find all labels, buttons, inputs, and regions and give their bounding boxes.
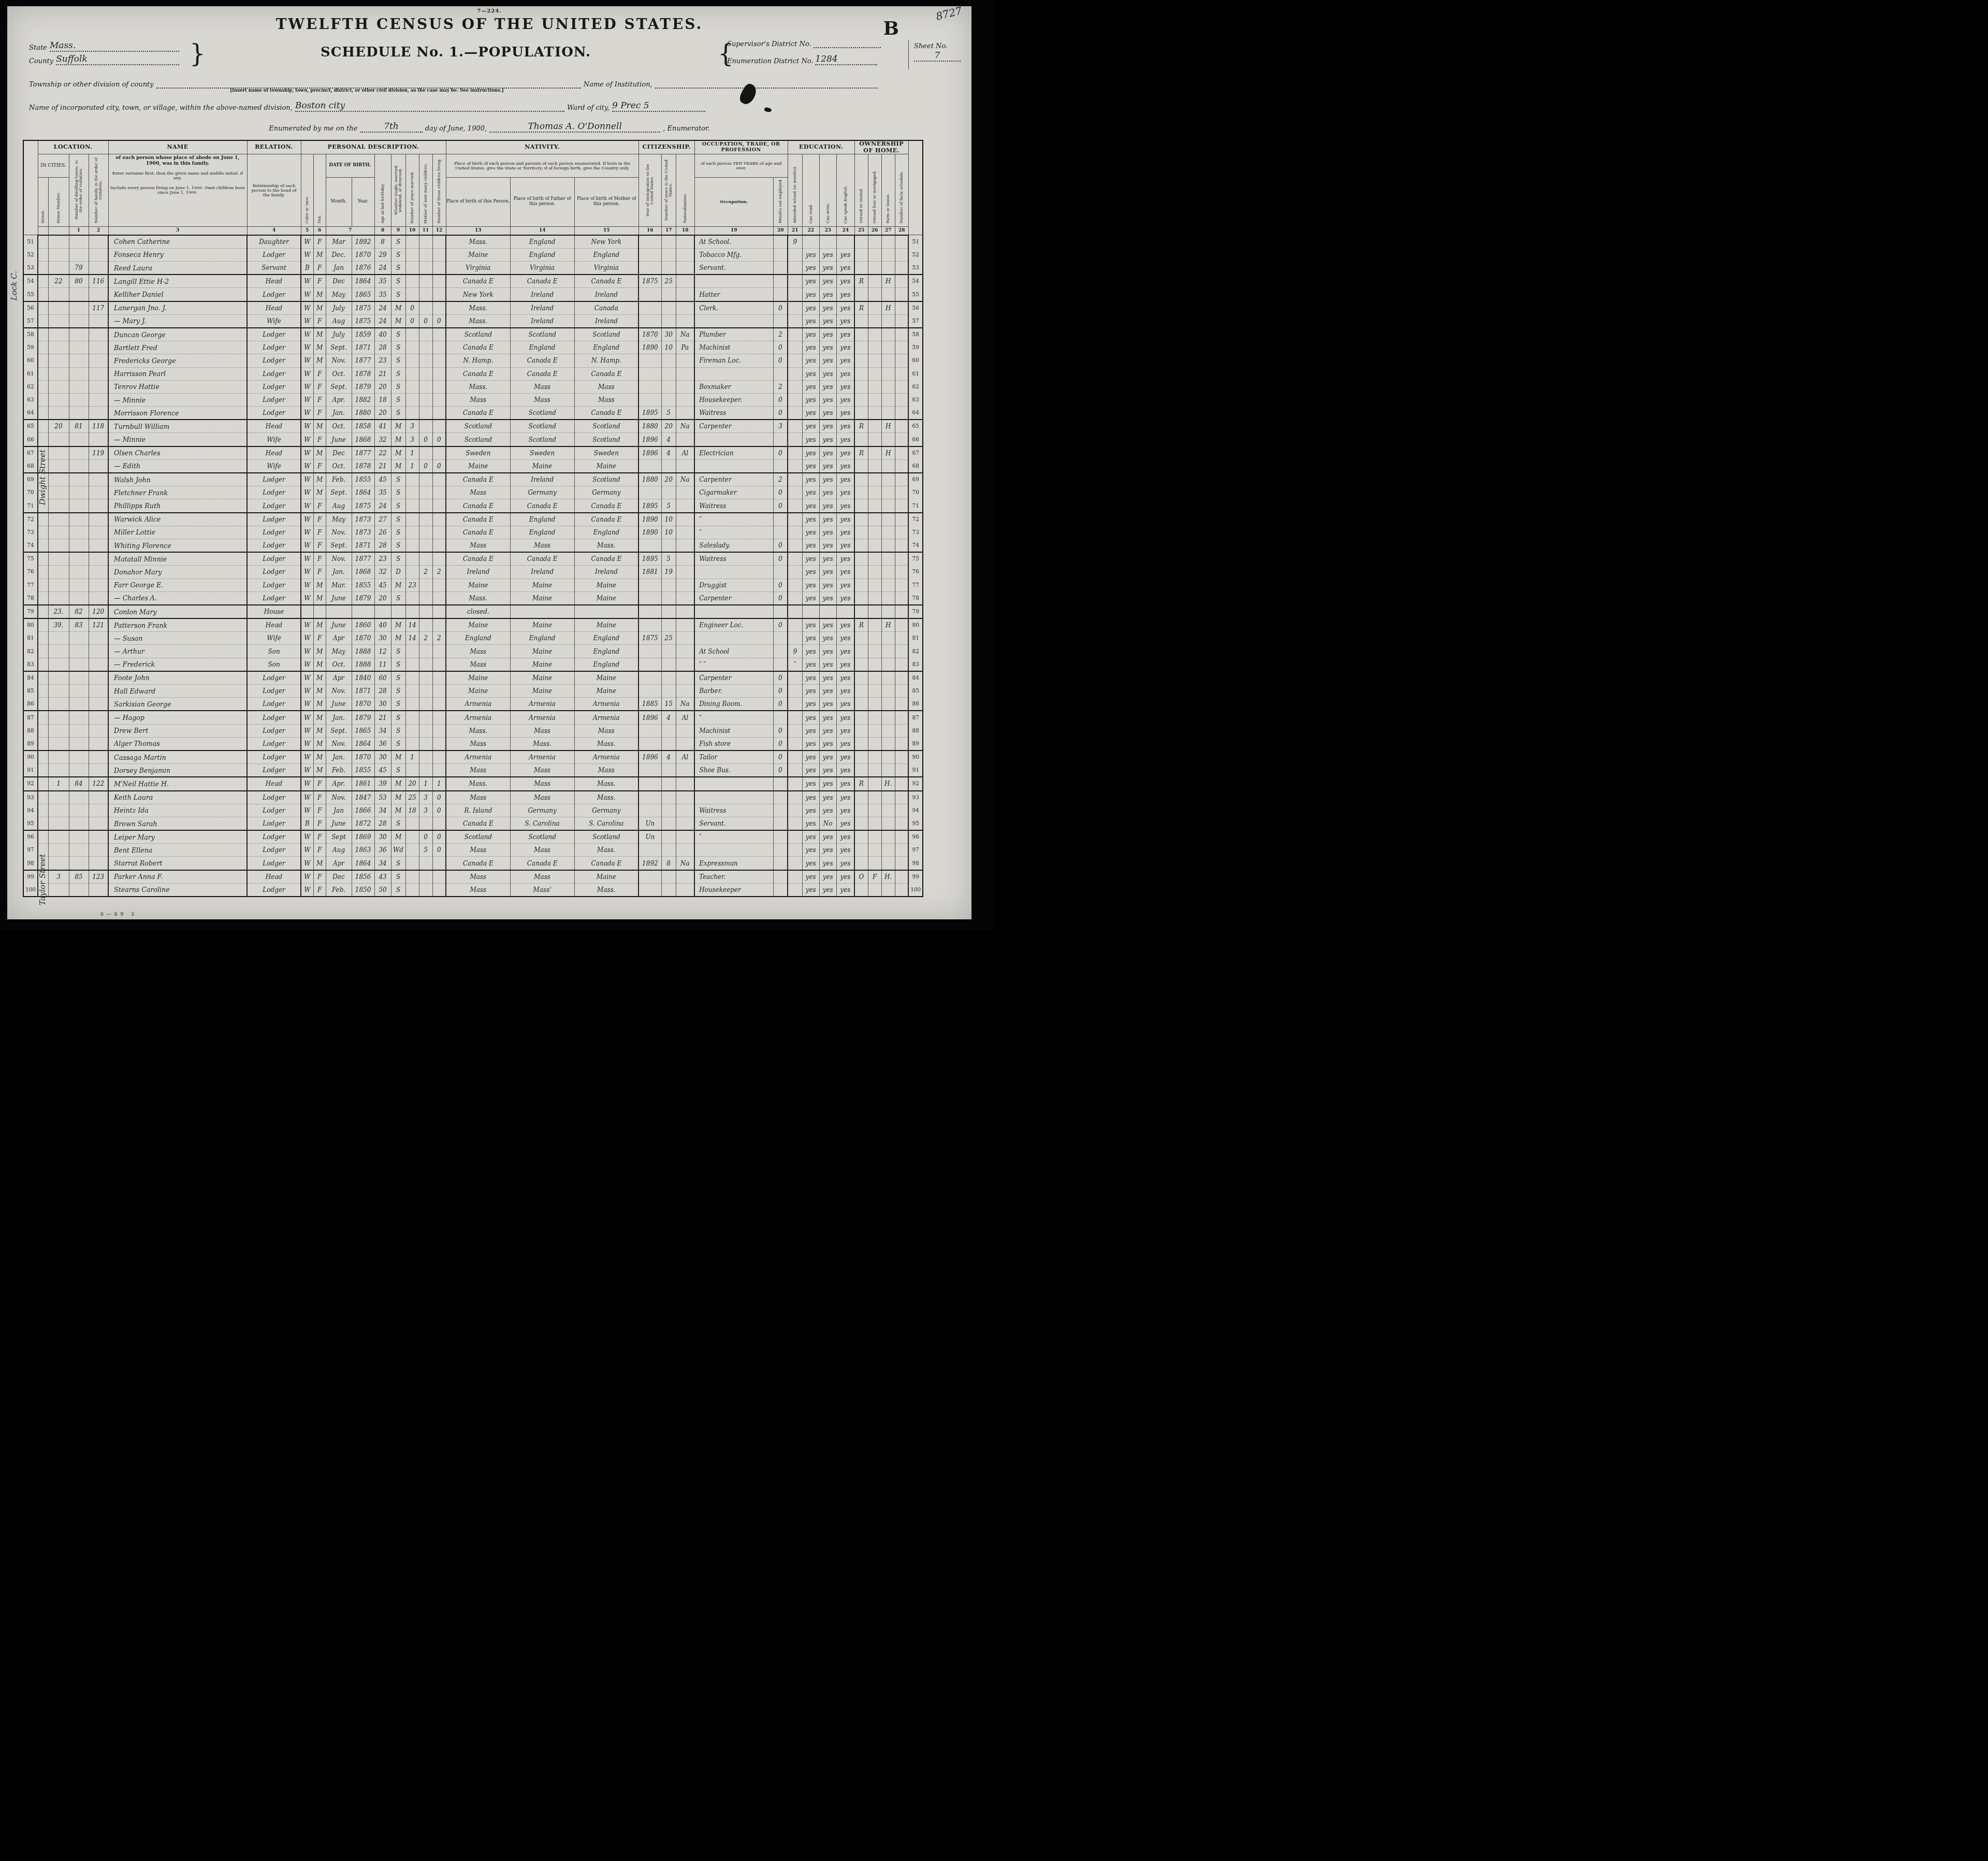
occupation xyxy=(694,777,773,790)
color-race: B xyxy=(301,262,313,275)
row-number-right: 59 xyxy=(908,341,923,354)
street xyxy=(38,275,48,288)
farm-or-house: H xyxy=(881,420,895,433)
years-married xyxy=(405,354,419,367)
mother-of-children xyxy=(419,764,432,777)
dwelling-number xyxy=(69,566,89,579)
can-write: yes xyxy=(819,288,836,301)
dwelling-number xyxy=(69,830,89,844)
row-number-left: 84 xyxy=(23,671,38,685)
years-in-us: 5 xyxy=(661,407,676,420)
person-name: Dorsey Benjamin xyxy=(108,764,247,777)
occupation: ″ xyxy=(694,513,773,526)
can-speak-english: yes xyxy=(836,262,854,275)
color-race: W xyxy=(301,288,313,301)
owned-free-mortgaged xyxy=(868,658,881,671)
can-speak-english: yes xyxy=(836,724,854,737)
owned-rented xyxy=(854,844,868,857)
owned-free-mortgaged xyxy=(868,420,881,433)
dwelling-number xyxy=(69,314,89,328)
table-row: 75Matatall MinnieLodgerWFNov.187723SCana… xyxy=(23,552,923,566)
years-in-us xyxy=(661,844,676,857)
age: 21 xyxy=(374,711,391,724)
table-row: 52Fonseca HenryLodgerWMDec.187029SMaineE… xyxy=(23,248,923,261)
occupation: Engineer Loc. xyxy=(694,618,773,632)
sheet-label: Sheet No. xyxy=(914,42,948,50)
color-race: W xyxy=(301,711,313,724)
can-speak-english: yes xyxy=(836,764,854,777)
birthplace-person: N. Hamp. xyxy=(446,354,510,367)
attended-school: 9 xyxy=(788,235,802,249)
years-in-us: 10 xyxy=(661,513,676,526)
owned-free-mortgaged xyxy=(868,367,881,380)
birthplace-father: Maine xyxy=(510,592,574,605)
dwelling-number: 79 xyxy=(69,262,89,275)
can-speak-english: yes xyxy=(836,420,854,433)
immigration-year xyxy=(639,380,661,393)
age: 43 xyxy=(374,870,391,884)
birthplace-father: Mass xyxy=(510,791,574,804)
owned-free-mortgaged xyxy=(868,499,881,513)
birthplace-father: Germany xyxy=(510,486,574,499)
owned-free-mortgaged xyxy=(868,407,881,420)
row-number-right: 88 xyxy=(908,724,923,737)
months-not-employed: 0 xyxy=(773,539,788,552)
immigration-year xyxy=(639,605,661,618)
birth-month: May xyxy=(326,645,352,658)
color-race: W xyxy=(301,698,313,711)
naturalization xyxy=(676,433,694,446)
street xyxy=(38,685,48,698)
birthplace-person: Maine xyxy=(446,459,510,473)
row-number-left: 63 xyxy=(23,393,38,406)
street xyxy=(38,526,48,539)
birthplace-father: Mass xyxy=(510,393,574,406)
farm-or-house xyxy=(881,671,895,685)
immigration-year: Un xyxy=(639,817,661,830)
column-number: 1 xyxy=(69,226,89,235)
owned-rented: R xyxy=(854,777,868,790)
farm-or-house xyxy=(881,751,895,764)
farm-schedule-number xyxy=(895,459,908,473)
birthplace-mother: Canada xyxy=(574,301,639,315)
group-occupation: OCCUPATION, TRADE, OR PROFESSION xyxy=(694,140,788,154)
attended-school xyxy=(788,288,802,301)
can-read: yes xyxy=(802,407,819,420)
birthplace-mother: Ireland xyxy=(574,566,639,579)
farm-schedule-number xyxy=(895,446,908,460)
mother-of-children: 0 xyxy=(419,459,432,473)
relation: Lodger xyxy=(247,711,301,724)
column-number xyxy=(38,226,48,235)
dwelling-number xyxy=(69,645,89,658)
color-race: W xyxy=(301,870,313,884)
birthplace-mother: Canada E xyxy=(574,552,639,566)
birthplace-person: Canada E xyxy=(446,275,510,288)
mother-of-children: 2 xyxy=(419,632,432,645)
sex: M xyxy=(313,764,326,777)
table-row: 7923.82120Conlon MaryHouseclosed.79 xyxy=(23,605,923,618)
months-not-employed: 0 xyxy=(773,724,788,737)
can-read: yes xyxy=(802,552,819,566)
age: 18 xyxy=(374,393,391,406)
occupation xyxy=(694,844,773,857)
row-number-left: 69 xyxy=(23,473,38,486)
dwelling-number xyxy=(69,473,89,486)
table-row: 58Duncan GeorgeLodgerWMJuly185940SScotla… xyxy=(23,328,923,341)
color-race: W xyxy=(301,499,313,513)
farm-schedule-number xyxy=(895,566,908,579)
immigration-year xyxy=(639,367,661,380)
occupation xyxy=(694,459,773,473)
birth-year: 1875 xyxy=(352,301,374,315)
person-name: Alger Thomas xyxy=(108,737,247,751)
farm-schedule-number xyxy=(895,420,908,433)
row-number-left: 99 xyxy=(23,870,38,884)
age: 45 xyxy=(374,764,391,777)
years-in-us xyxy=(661,605,676,618)
mother-of-children xyxy=(419,328,432,341)
farm-or-house xyxy=(881,883,895,897)
attended-school xyxy=(788,539,802,552)
birth-month: Nov. xyxy=(326,354,352,367)
mother-of-children xyxy=(419,354,432,367)
col-mother-of: Mother of how many children. xyxy=(419,154,432,226)
sex: F xyxy=(313,539,326,552)
house-number xyxy=(48,433,69,446)
birthplace-person: Scotland xyxy=(446,420,510,433)
years-married: 25 xyxy=(405,791,419,804)
farm-or-house xyxy=(881,711,895,724)
children-living xyxy=(432,248,446,261)
row-number-left: 90 xyxy=(23,751,38,764)
children-living xyxy=(432,393,446,406)
can-write: yes xyxy=(819,486,836,499)
naturalization xyxy=(676,844,694,857)
relation: Lodger xyxy=(247,380,301,393)
col-owned-free-mortgaged: Owned free or mortgaged. xyxy=(868,154,881,226)
street xyxy=(38,288,48,301)
farm-schedule-number xyxy=(895,671,908,685)
owned-rented xyxy=(854,367,868,380)
children-living xyxy=(432,407,446,420)
table-row: 64Morrisson FlorenceLodgerWFJan.188020SC… xyxy=(23,407,923,420)
years-married xyxy=(405,248,419,261)
birthplace-father: Ireland xyxy=(510,301,574,315)
sex: F xyxy=(313,314,326,328)
marital-status: M xyxy=(391,632,405,645)
person-name: Tenrov Hattie xyxy=(108,380,247,393)
owned-free-mortgaged xyxy=(868,486,881,499)
birth-year: 1855 xyxy=(352,764,374,777)
years-in-us xyxy=(661,804,676,817)
row-number-left: 68 xyxy=(23,459,38,473)
owned-rented xyxy=(854,632,868,645)
can-speak-english: yes xyxy=(836,486,854,499)
relation: Head xyxy=(247,275,301,288)
sex: F xyxy=(313,262,326,275)
row-number-right: 64 xyxy=(908,407,923,420)
age: 20 xyxy=(374,407,391,420)
person-name: Drew Bert xyxy=(108,724,247,737)
years-in-us: 19 xyxy=(661,566,676,579)
owned-rented xyxy=(854,328,868,341)
farm-or-house xyxy=(881,486,895,499)
birthplace-father: Canada E xyxy=(510,367,574,380)
months-not-employed: 0 xyxy=(773,671,788,685)
mother-of-children xyxy=(419,618,432,632)
birthplace-mother: England xyxy=(574,341,639,354)
farm-schedule-number xyxy=(895,618,908,632)
row-number-left: 95 xyxy=(23,817,38,830)
mother-of-children xyxy=(419,393,432,406)
can-read: yes xyxy=(802,777,819,790)
birthplace-father: Mass xyxy=(510,844,574,857)
children-living xyxy=(432,857,446,870)
age: 32 xyxy=(374,566,391,579)
col-can-read: Can read. xyxy=(802,154,819,226)
can-read: yes xyxy=(802,486,819,499)
birth-year: 1850 xyxy=(352,883,374,897)
can-read: yes xyxy=(802,380,819,393)
owned-free-mortgaged xyxy=(868,328,881,341)
census-table: LOCATION. NAME RELATION. PERSONAL DESCRI… xyxy=(23,140,923,897)
house-number xyxy=(48,592,69,605)
house-number xyxy=(48,552,69,566)
birth-month: Nov. xyxy=(326,552,352,566)
dwelling-number xyxy=(69,288,89,301)
row-number-left: 77 xyxy=(23,579,38,592)
naturalization xyxy=(676,262,694,275)
mother-of-children xyxy=(419,698,432,711)
mother-of-children xyxy=(419,275,432,288)
dwelling-number: 83 xyxy=(69,618,89,632)
dwelling-number xyxy=(69,539,89,552)
family-number xyxy=(89,262,108,275)
birthplace-person: Mass xyxy=(446,844,510,857)
birth-year: 1877 xyxy=(352,552,374,566)
naturalization xyxy=(676,539,694,552)
months-not-employed xyxy=(773,288,788,301)
row-number-right: 55 xyxy=(908,288,923,301)
sex: F xyxy=(313,393,326,406)
marital-status: M xyxy=(391,791,405,804)
occupation: Plumber xyxy=(694,328,773,341)
farm-schedule-number xyxy=(895,804,908,817)
color-race: W xyxy=(301,275,313,288)
marital-status: S xyxy=(391,817,405,830)
street xyxy=(38,380,48,393)
house-number xyxy=(48,341,69,354)
person-name: Warwick Alice xyxy=(108,513,247,526)
farm-schedule-number xyxy=(895,262,908,275)
farm-schedule-number xyxy=(895,526,908,539)
children-living xyxy=(432,262,446,275)
years-in-us xyxy=(661,380,676,393)
can-write: yes xyxy=(819,671,836,685)
farm-or-house xyxy=(881,393,895,406)
farm-or-house xyxy=(881,433,895,446)
age: 23 xyxy=(374,354,391,367)
birthplace-person: Mass. xyxy=(446,724,510,737)
farm-schedule-number xyxy=(895,870,908,884)
birth-month: Jan. xyxy=(326,751,352,764)
dwelling-number xyxy=(69,328,89,341)
color-race: W xyxy=(301,724,313,737)
house-number xyxy=(48,645,69,658)
occupation: Dining Room. xyxy=(694,698,773,711)
row-number-right: 75 xyxy=(908,552,923,566)
sex: F xyxy=(313,566,326,579)
col-date-of-birth: DATE OF BIRTH. xyxy=(326,154,374,178)
printer-marks: 0—69 3 xyxy=(100,912,137,917)
person-name: Morrisson Florence xyxy=(108,407,247,420)
immigration-year xyxy=(639,486,661,499)
children-living xyxy=(432,711,446,724)
birth-year: 1868 xyxy=(352,433,374,446)
can-read: yes xyxy=(802,473,819,486)
can-write: yes xyxy=(819,367,836,380)
marital-status: M xyxy=(391,777,405,790)
years-in-us xyxy=(661,685,676,698)
months-not-employed: 3 xyxy=(773,420,788,433)
years-in-us xyxy=(661,539,676,552)
birthplace-person: R. Island xyxy=(446,804,510,817)
years-in-us: 15 xyxy=(661,698,676,711)
owned-rented: R xyxy=(854,420,868,433)
naturalization xyxy=(676,764,694,777)
months-not-employed xyxy=(773,459,788,473)
state-value: Mass. xyxy=(50,40,76,51)
dwelling-number xyxy=(69,526,89,539)
can-speak-english: yes xyxy=(836,737,854,751)
years-married xyxy=(405,817,419,830)
row-number-left: 92 xyxy=(23,777,38,790)
months-not-employed xyxy=(773,844,788,857)
birthplace-mother: Mass. xyxy=(574,539,639,552)
naturalization xyxy=(676,499,694,513)
house-number xyxy=(48,566,69,579)
relation: Lodger xyxy=(247,486,301,499)
birthplace-person: Canada E xyxy=(446,473,510,486)
owned-free-mortgaged xyxy=(868,817,881,830)
row-number-right: 57 xyxy=(908,314,923,328)
naturalization xyxy=(676,685,694,698)
marital-status: S xyxy=(391,393,405,406)
person-name: Phillipps Ruth xyxy=(108,499,247,513)
mother-of-children xyxy=(419,446,432,460)
months-not-employed: 0 xyxy=(773,764,788,777)
column-number: 14 xyxy=(510,226,574,235)
years-married xyxy=(405,566,419,579)
birth-month: Dec. xyxy=(326,248,352,261)
birthplace-person: Scotland xyxy=(446,328,510,341)
farm-or-house xyxy=(881,235,895,249)
street xyxy=(38,433,48,446)
table-row: 57— Mary J.WifeWFAug187524M000Mass.Irela… xyxy=(23,314,923,328)
farm-or-house xyxy=(881,724,895,737)
owned-rented xyxy=(854,685,868,698)
dwelling-number xyxy=(69,354,89,367)
dwelling-number xyxy=(69,433,89,446)
naturalization xyxy=(676,566,694,579)
color-race: W xyxy=(301,393,313,406)
can-read: yes xyxy=(802,314,819,328)
street xyxy=(38,711,48,724)
can-read: yes xyxy=(802,288,819,301)
color-race: W xyxy=(301,671,313,685)
can-read: yes xyxy=(802,328,819,341)
color-race: W xyxy=(301,737,313,751)
owned-rented xyxy=(854,671,868,685)
months-not-employed: 0 xyxy=(773,486,788,499)
house-number xyxy=(48,658,69,671)
mother-of-children: 3 xyxy=(419,804,432,817)
house-number: 20 xyxy=(48,420,69,433)
birthplace-person: Maine xyxy=(446,248,510,261)
birthplace-person: Sweden xyxy=(446,446,510,460)
immigration-year xyxy=(639,724,661,737)
attended-school xyxy=(788,420,802,433)
birthplace-father: Ireland xyxy=(510,288,574,301)
street xyxy=(38,393,48,406)
street xyxy=(38,248,48,261)
dwelling-number xyxy=(69,685,89,698)
house-number xyxy=(48,526,69,539)
farm-schedule-number xyxy=(895,275,908,288)
person-name: — Arthur xyxy=(108,645,247,658)
birth-month: July xyxy=(326,328,352,341)
can-speak-english: yes xyxy=(836,830,854,844)
occupation: Teacher. xyxy=(694,870,773,884)
table-row: 56117Lanergan Jno. J.HeadWMJuly187524M0M… xyxy=(23,301,923,315)
family-number xyxy=(89,288,108,301)
row-number-right: 81 xyxy=(908,632,923,645)
sex: F xyxy=(313,275,326,288)
birthplace-mother: Canada E xyxy=(574,499,639,513)
district-block: Supervisor's District No. Enumeration Di… xyxy=(727,40,898,67)
can-write: yes xyxy=(819,844,836,857)
street xyxy=(38,513,48,526)
occupation: ″ xyxy=(694,526,773,539)
occupation: Druggist xyxy=(694,579,773,592)
children-living: 0 xyxy=(432,830,446,844)
dwelling-number xyxy=(69,486,89,499)
row-number-right: 69 xyxy=(908,473,923,486)
relation: Lodger xyxy=(247,473,301,486)
birth-month: Feb. xyxy=(326,473,352,486)
relation: Head xyxy=(247,777,301,790)
attended-school xyxy=(788,552,802,566)
column-number: 20 xyxy=(773,226,788,235)
township-label: Township or other division of county xyxy=(29,81,154,89)
sex: M xyxy=(313,446,326,460)
birth-month: Apr. xyxy=(326,777,352,790)
naturalization xyxy=(676,275,694,288)
months-not-employed xyxy=(773,658,788,671)
years-in-us xyxy=(661,235,676,249)
row-number-left: 75 xyxy=(23,552,38,566)
months-not-employed: 0 xyxy=(773,301,788,315)
immigration-year: 1875 xyxy=(639,275,661,288)
table-row: 84Foote JohnLodgerWMApr184060SMaineMaine… xyxy=(23,671,923,685)
owned-free-mortgaged xyxy=(868,459,881,473)
person-name: Stearns Caroline xyxy=(108,883,247,897)
can-read: yes xyxy=(802,526,819,539)
can-read: yes xyxy=(802,685,819,698)
can-read: yes xyxy=(802,737,819,751)
color-race: W xyxy=(301,764,313,777)
